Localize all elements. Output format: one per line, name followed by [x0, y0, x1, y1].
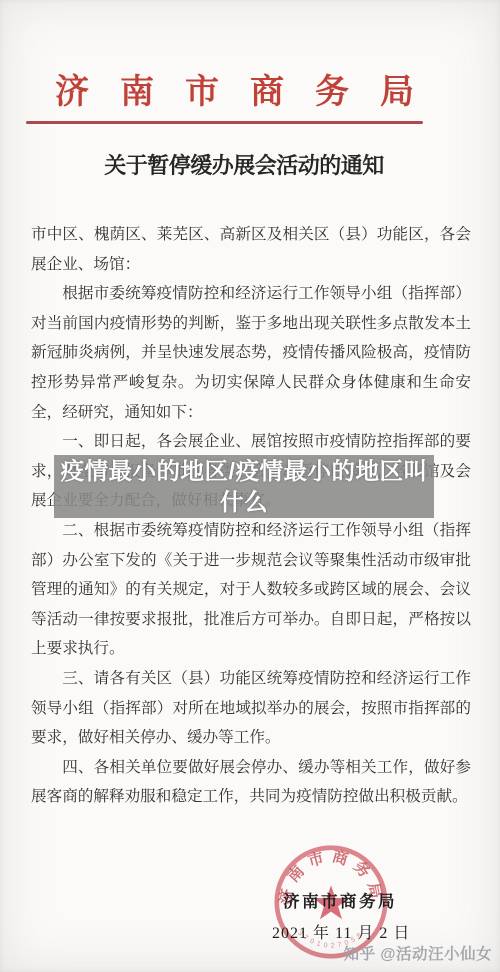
- paragraph: 二、根据市委统筹疫情防控和经济运行工作领导小组（指挥部）办公室下发的《关于进一步…: [31, 516, 471, 664]
- paragraph: 市中区、槐荫区、莱芜区、高新区及相关区（县）功能区，各会展企业、场馆：: [31, 220, 471, 279]
- signature-date: 2021 年 11 月 2 日: [272, 920, 410, 943]
- notice-photo: 济南市商务局 关于暂停缓办展会活动的通知 市中区、槐荫区、莱芜区、高新区及相关区…: [0, 0, 500, 972]
- agency-name: 济南市商务局: [0, 64, 500, 113]
- zhihu-watermark: 知乎 @活动汪小仙女: [344, 942, 492, 964]
- caption-line1: 疫情最小的地区/疫情最小的地区叫: [60, 456, 427, 487]
- caption-line2: 什么: [220, 487, 268, 518]
- notice-title: 关于暂停缓办展会活动的通知: [0, 149, 488, 180]
- caption-overlay: 疫情最小的地区/疫情最小的地区叫 什么: [54, 455, 434, 518]
- signature-agency: 济南市商务局: [283, 888, 397, 912]
- paragraph: 四、各相关单位要做好展会停办、缓办等相关工作，做好参展客商的解释劝服和稳定工作，…: [31, 753, 471, 812]
- paragraph: 三、请各有关区（县）功能区统筹疫情防控和经济运行工作领导小组（指挥部）对所在地域…: [31, 664, 471, 753]
- paragraph: 根据市委统筹疫情防控和经济运行工作领导小组（指挥部）对当前国内疫情形势的判断，鉴…: [31, 279, 471, 427]
- header-rule: [26, 121, 423, 124]
